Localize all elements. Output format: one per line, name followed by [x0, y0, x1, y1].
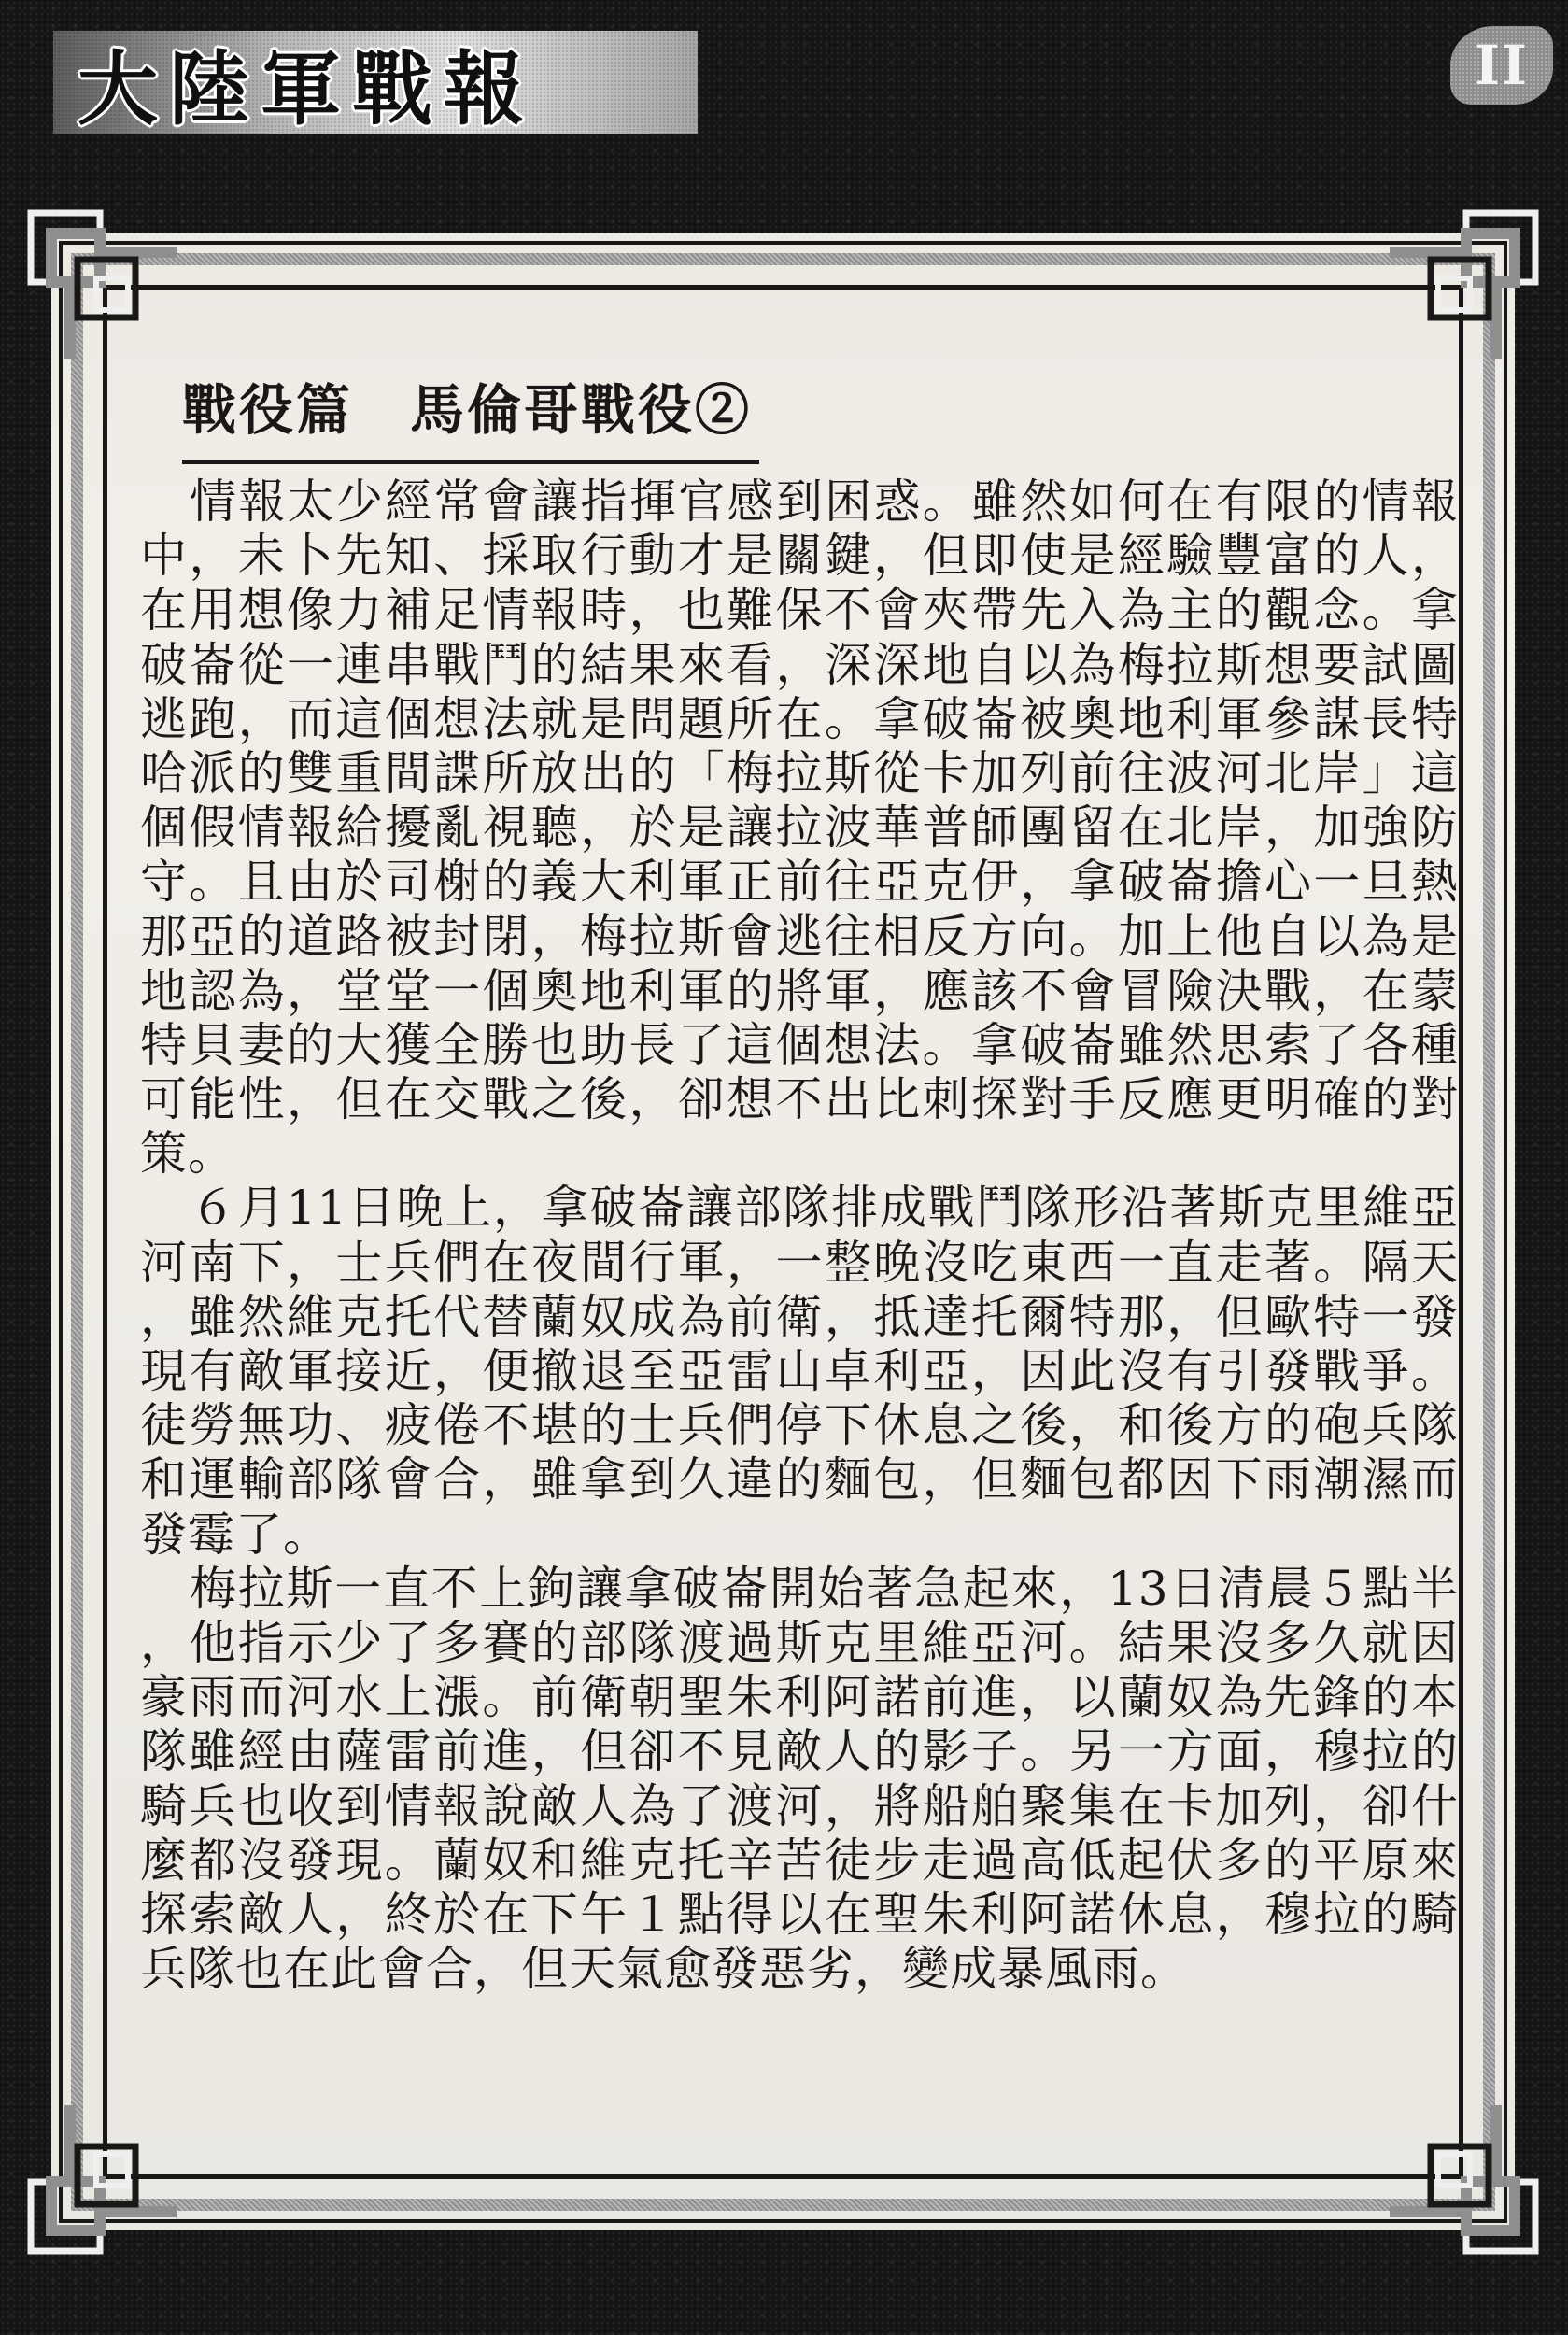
text-line: 和運輸部隊會合，雖拿到久違的麵包，但麵包都因下雨潮濕而: [140, 1452, 1459, 1507]
text-line: 逃跑，而這個想法就是問題所在。拿破崙被奧地利軍參謀長特: [140, 692, 1459, 746]
paragraph: 梅拉斯一直不上鉤讓拿破崙開始著急起來，13日清晨５點半，他指示少了多賽的部隊渡過…: [140, 1562, 1459, 1997]
frame-corner-ornament: [20, 2098, 184, 2262]
frame-corner-ornament: [20, 202, 184, 366]
text-line: 河南下，士兵們在夜間行軍，一整晚沒吃東西一直走著。隔天: [140, 1236, 1459, 1290]
text-line: 現有敵軍接近，便撤退至亞雷山卓利亞，因此沒有引發戰爭。: [140, 1344, 1459, 1398]
text-line: 情報太少經常會讓指揮官感到困惑。雖然如何在有限的情報: [140, 474, 1459, 529]
text-line: 中，未卜先知、採取行動才是關鍵，但即使是經驗豐富的人，: [140, 529, 1459, 583]
text-line: 徒勞無功、疲倦不堪的士兵們停下休息之後，和後方的砲兵隊: [140, 1398, 1459, 1452]
text-line: 哈派的雙重間諜所放出的「梅拉斯從卡加列前往波河北岸」這: [140, 746, 1459, 800]
text-line: ，雖然維克托代替蘭奴成為前衛，抵達托爾特那，但歐特一發: [140, 1290, 1459, 1344]
masthead-title: 大陸軍戰報: [78, 24, 535, 140]
masthead-banner: 大陸軍戰報: [53, 31, 698, 134]
text-line: ，他指示少了多賽的部隊渡過斯克里維亞河。結果沒多久就因: [140, 1616, 1459, 1670]
text-line: 梅拉斯一直不上鉤讓拿破崙開始著急起來，13日清晨５點半: [140, 1562, 1459, 1616]
text-line: 麼都沒發現。蘭奴和維克托辛苦徒步走過高低起伏多的平原來: [140, 1833, 1459, 1888]
text-line: 探索敵人，終於在下午１點得以在聖朱利阿諾休息，穆拉的騎: [140, 1888, 1459, 1942]
text-line: 可能性，但在交戰之後，卻想不出比刺探對手反應更明確的對: [140, 1072, 1459, 1126]
text-line: 破崙從一連串戰鬥的結果來看，深深地自以為梅拉斯想要試圖: [140, 638, 1459, 692]
text-line: ６月11日晚上，拿破崙讓部隊排成戰鬥隊形沿著斯克里維亞: [140, 1181, 1459, 1235]
section-heading: 戰役篇 馬倫哥戰役②: [182, 366, 759, 464]
text-line: 地認為，堂堂一個奧地利軍的將軍，應該不會冒險決戰，在蒙: [140, 964, 1459, 1018]
text-line: 特貝妻的大獲全勝也助長了這個想法。拿破崙雖然思索了各種: [140, 1018, 1459, 1072]
text-line: 騎兵也收到情報說敵人為了渡河，將船舶聚集在卡加列，卻什: [140, 1779, 1459, 1833]
text-line: 豪雨而河水上漲。前衛朝聖朱利阿諾前進，以蘭奴為先鋒的本: [140, 1670, 1459, 1724]
text-line: 發霉了。: [140, 1507, 1459, 1562]
text-line: 守。且由於司榭的義大利軍正前往亞克伊，拿破崙擔心一旦熱: [140, 855, 1459, 909]
paper-sheet: 戰役篇 馬倫哥戰役② 情報太少經常會讓指揮官感到困惑。雖然如何在有限的情報中，未…: [51, 233, 1515, 2230]
page-marker-label: II: [1475, 34, 1529, 97]
frame-corner-ornament: [1382, 202, 1547, 366]
paragraph: 情報太少經常會讓指揮官感到困惑。雖然如何在有限的情報中，未卜先知、採取行動才是關…: [140, 474, 1459, 1181]
scanned-page: { "masthead": { "title": "大陸軍戰報", "page_…: [0, 0, 1568, 2335]
article-body: 情報太少經常會讓指揮官感到困惑。雖然如何在有限的情報中，未卜先知、採取行動才是關…: [140, 474, 1459, 1996]
page-marker-badge: II: [1450, 26, 1553, 105]
frame-corner-ornament: [1382, 2098, 1547, 2262]
text-line: 那亞的道路被封閉，梅拉斯會逃往相反方向。加上他自以為是: [140, 910, 1459, 964]
text-line: 個假情報給擾亂視聽，於是讓拉波華普師團留在北岸，加強防: [140, 800, 1459, 855]
text-line: 策。: [140, 1126, 1459, 1181]
text-line: 隊雖經由薩雷前進，但卻不見敵人的影子。另一方面，穆拉的: [140, 1724, 1459, 1778]
paragraph: ６月11日晚上，拿破崙讓部隊排成戰鬥隊形沿著斯克里維亞河南下，士兵們在夜間行軍，…: [140, 1181, 1459, 1561]
text-line: 兵隊也在此會合，但天氣愈發惡劣，變成暴風雨。: [140, 1942, 1459, 1996]
text-line: 在用想像力補足情報時，也難保不會夾帶先入為主的觀念。拿: [140, 583, 1459, 637]
